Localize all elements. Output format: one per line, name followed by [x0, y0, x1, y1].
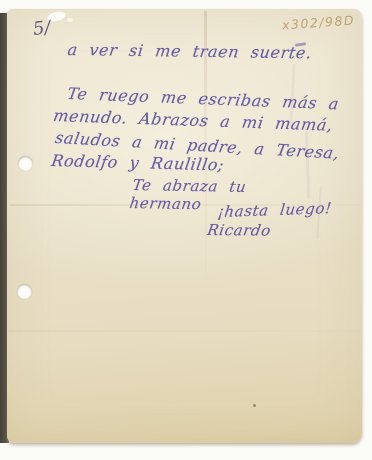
inventory-annotation: x302/98D [282, 12, 356, 32]
letter-opening-line: a ver si me traen suerte. [66, 40, 313, 62]
page-number-annotation: 5/ [32, 17, 52, 40]
letter-paper: 5/ x302/98D a ver si me traen suerte. Te… [7, 9, 362, 443]
paper-speck [253, 404, 256, 407]
ink-showthrough [305, 127, 311, 199]
punch-hole-top [18, 156, 33, 171]
signature-name: Ricardo [206, 221, 272, 240]
horizontal-fold-crease-lower [9, 330, 360, 332]
paper-chip-mark-small [67, 18, 73, 22]
signature-flourish: ¡hasta luego! [217, 199, 333, 221]
punch-hole-bottom [17, 284, 32, 299]
letter-body-line: Rodolfo y Raulillo; [50, 151, 225, 174]
letter-valediction-line: hermano [128, 194, 202, 213]
letter-valediction-line: Te abraza tu [131, 176, 247, 196]
